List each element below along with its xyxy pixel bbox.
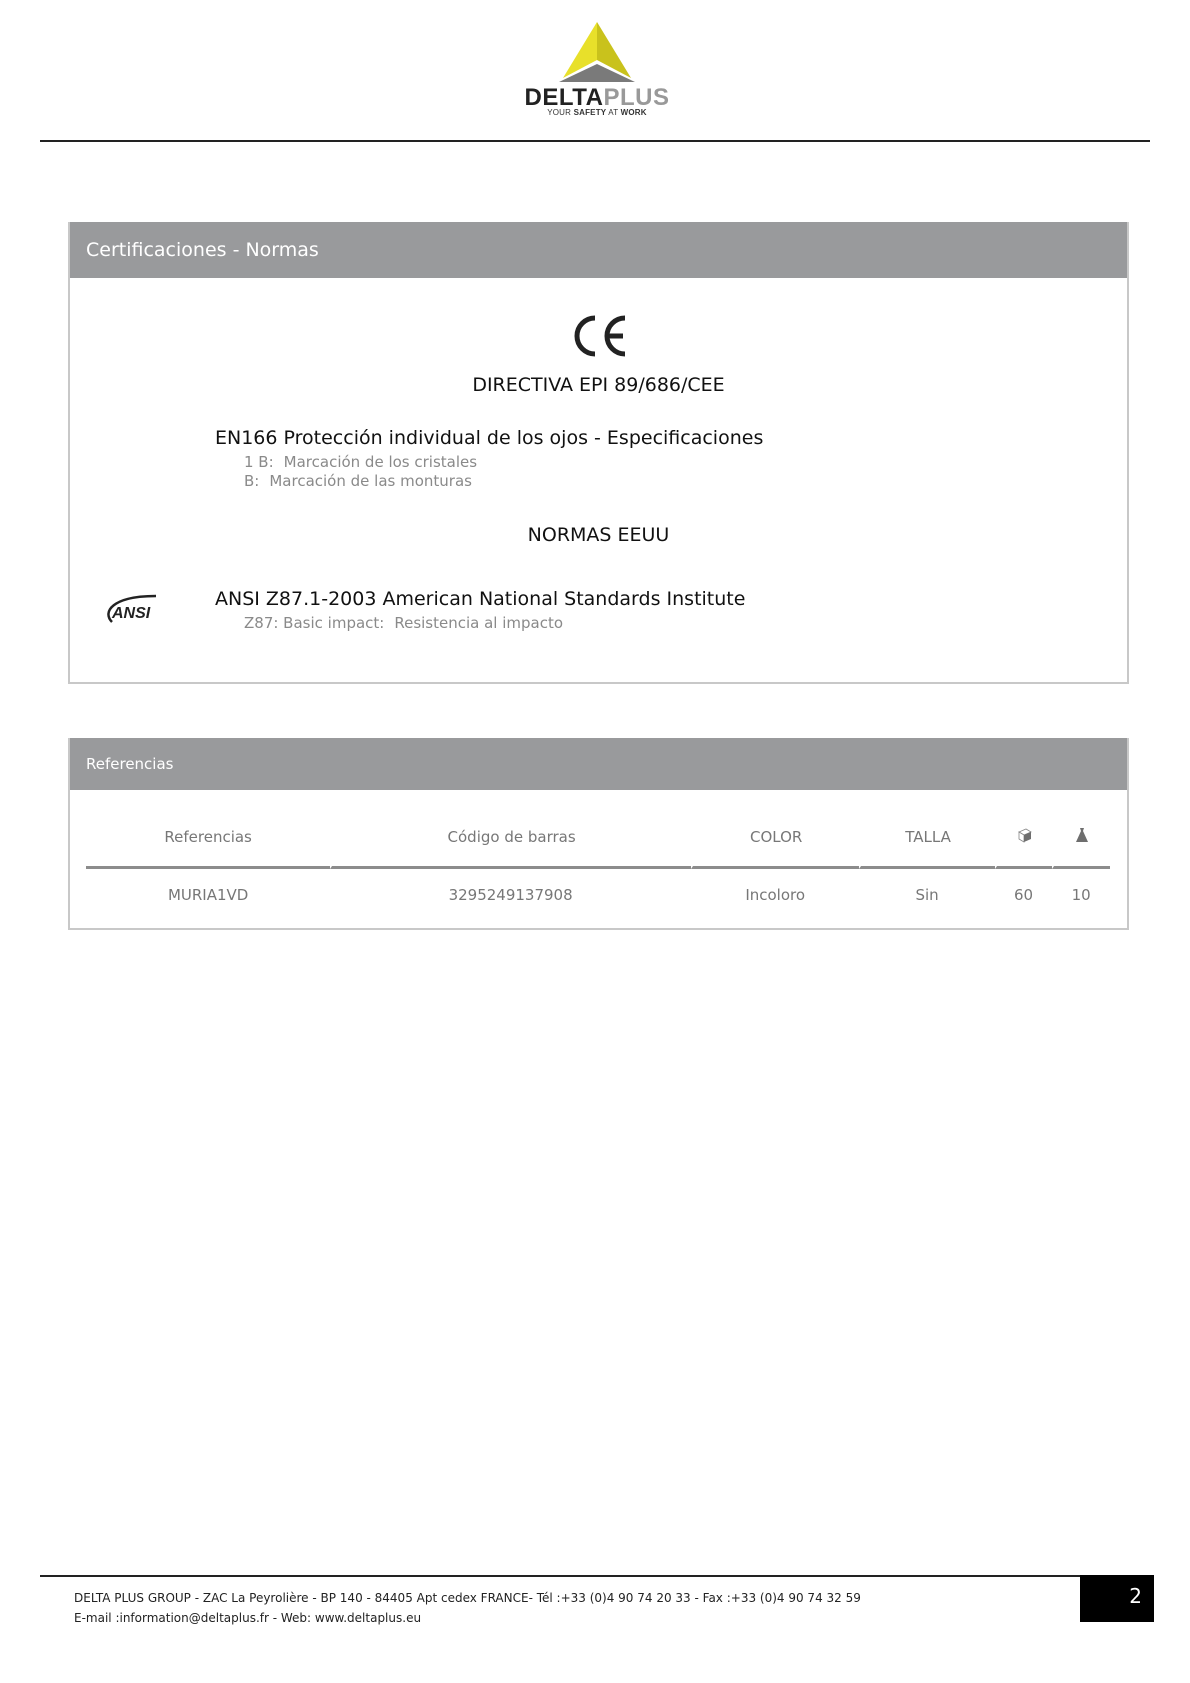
ce-mark-icon	[70, 314, 1127, 362]
references-table: Referencias Código de barras COLOR TALLA	[86, 808, 1110, 921]
cell-size: Sin	[859, 869, 994, 921]
footer-contact: DELTA PLUS GROUP - ZAC La Peyrolière - B…	[74, 1588, 861, 1628]
ansi-logo-icon: ANSI	[98, 588, 158, 628]
cell-reference: MURIA1VD	[86, 869, 330, 921]
logo-tagline: YOUR SAFETY AT WORK	[497, 108, 697, 117]
standard-item: Z87: Basic impact:Resistencia al impacto	[244, 614, 563, 632]
footer-address: DELTA PLUS GROUP - ZAC La Peyrolière - B…	[74, 1588, 861, 1608]
column-header-size: TALLA	[859, 808, 994, 869]
references-panel: Referencias Referencias Código de barras…	[68, 738, 1129, 930]
cell-bag-qty: 10	[1052, 869, 1110, 921]
triangle-logo-icon	[497, 20, 697, 86]
column-header-bag	[1052, 808, 1110, 869]
directive-text: DIRECTIVA EPI 89/686/CEE	[70, 374, 1127, 396]
box-icon	[1017, 827, 1033, 843]
references-title: Referencias	[70, 738, 1127, 790]
column-header-box	[995, 808, 1053, 869]
certifications-panel: Certificaciones - Normas DIRECTIVA EPI 8…	[68, 222, 1129, 684]
bag-icon	[1074, 827, 1090, 843]
page-number: 2	[1080, 1575, 1154, 1622]
svg-text:ANSI: ANSI	[111, 605, 151, 622]
column-header-reference: Referencias	[86, 808, 330, 869]
column-header-color: COLOR	[691, 808, 859, 869]
standard-en166-title: EN166 Protección individual de los ojos …	[215, 427, 763, 449]
standard-item: 1 B:Marcación de los cristales	[244, 453, 477, 471]
certifications-title: Certificaciones - Normas	[70, 222, 1127, 278]
column-header-barcode: Código de barras	[330, 808, 691, 869]
deltaplus-logo: DELTAPLUS YOUR SAFETY AT WORK	[497, 20, 697, 120]
footer-divider	[40, 1575, 1080, 1577]
cell-box-qty: 60	[995, 869, 1053, 921]
logo-wordmark: DELTAPLUS	[497, 86, 697, 110]
usa-standards-heading: NORMAS EEUU	[70, 524, 1127, 546]
cell-color: Incoloro	[691, 869, 859, 921]
table-row: MURIA1VD 3295249137908 Incoloro Sin 60 1…	[86, 869, 1110, 921]
standard-ansi-title: ANSI Z87.1-2003 American National Standa…	[215, 588, 745, 610]
header-divider	[40, 140, 1150, 142]
footer-email-web: E-mail :information@deltaplus.fr - Web: …	[74, 1608, 861, 1628]
cell-barcode: 3295249137908	[330, 869, 691, 921]
standard-item: B:Marcación de las monturas	[244, 472, 472, 490]
table-header-row: Referencias Código de barras COLOR TALLA	[86, 808, 1110, 869]
